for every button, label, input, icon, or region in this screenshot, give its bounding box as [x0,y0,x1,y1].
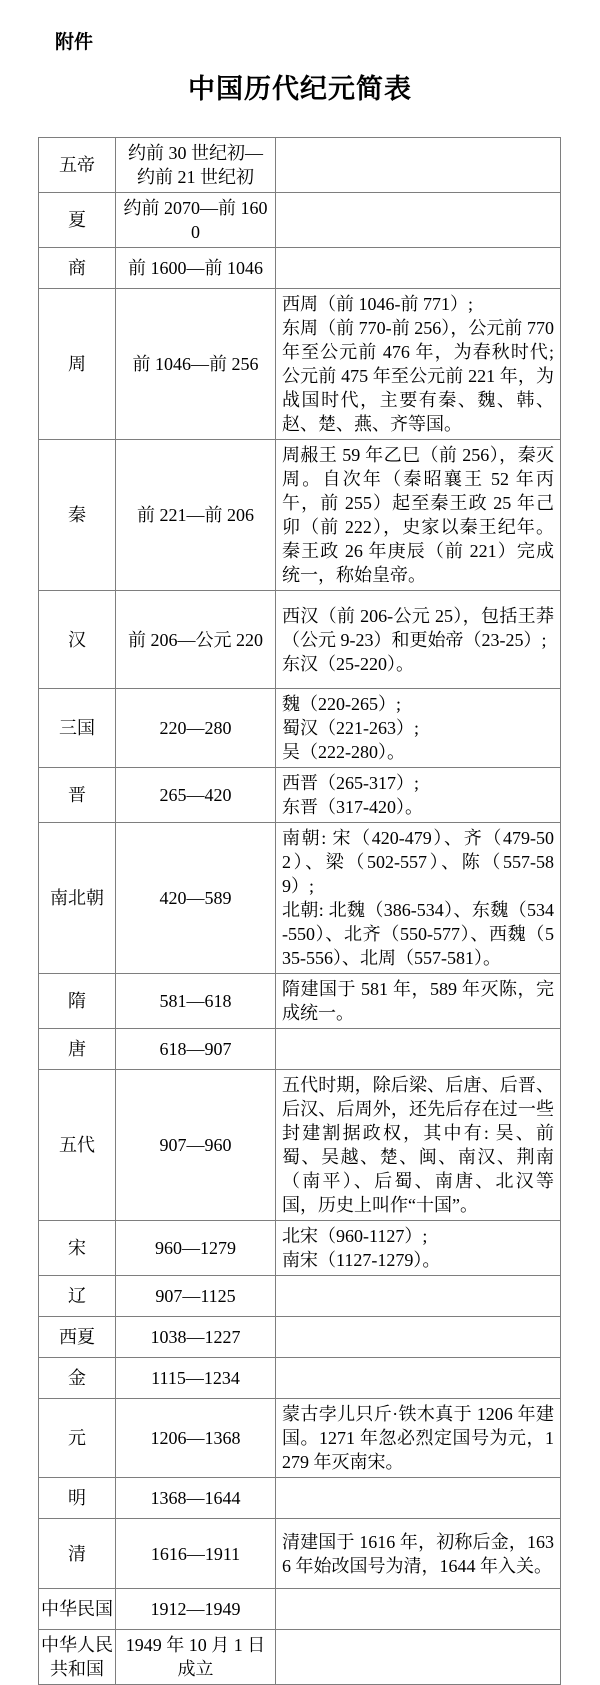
dynasty-cell: 商 [39,248,116,289]
notes-cell [276,248,561,289]
note-line: 南宋（1127-1279）。 [282,1248,554,1272]
period-cell: 1616—1911 [116,1519,276,1589]
table-row: 中华人民共和国 1949 年 10 月 1 日成立 [39,1630,561,1685]
dynasty-cell: 汉 [39,591,116,689]
table-row: 宋 960—1279 北宋（960-1127）;南宋（1127-1279）。 [39,1221,561,1276]
period-cell: 前 1046—前 256 [116,289,276,440]
notes-cell [276,1276,561,1317]
notes-cell: 清建国于 1616 年，初称后金，1636 年始改国号为清，1644 年入关。 [276,1519,561,1589]
dynasty-cell: 中华民国 [39,1589,116,1630]
table-row: 南北朝 420—589 南朝: 宋（420-479）、齐（479-502）、梁（… [39,823,561,974]
period-cell: 265—420 [116,768,276,823]
table-row: 晋 265—420 西晋（265-317）;东晋（317-420）。 [39,768,561,823]
notes-cell: 魏（220-265）;蜀汉（221-263）;吴（222-280）。 [276,689,561,768]
period-cell: 1115—1234 [116,1358,276,1399]
note-line: 东周（前 770-前 256），公元前 770 年至公元前 476 年，为春秋时… [282,316,554,436]
period-cell: 618—907 [116,1029,276,1070]
notes-cell: 西汉（前 206-公元 25），包括王莽（公元 9-23）和更始帝（23-25）… [276,591,561,689]
dynasty-cell: 五帝 [39,138,116,193]
table-row: 五代 907—960 五代时期，除后梁、后唐、后晋、后汉、后周外，还先后存在过一… [39,1070,561,1221]
table-row: 五帝 约前 30 世纪初—约前 21 世纪初 [39,138,561,193]
dynasty-cell: 晋 [39,768,116,823]
note-line: 西周（前 1046-前 771）; [282,292,554,316]
chronology-table: 五帝 约前 30 世纪初—约前 21 世纪初 夏 约前 2070—前 1600 … [38,137,561,1685]
dynasty-cell: 五代 [39,1070,116,1221]
note-line: 清建国于 1616 年，初称后金，1636 年始改国号为清，1644 年入关。 [282,1530,554,1578]
note-line: 隋建国于 581 年，589 年灭陈，完成统一。 [282,977,554,1025]
period-cell: 960—1279 [116,1221,276,1276]
note-line: 蜀汉（221-263）; [282,716,554,740]
notes-cell [276,1589,561,1630]
period-cell: 907—1125 [116,1276,276,1317]
notes-cell [276,1630,561,1685]
dynasty-cell: 唐 [39,1029,116,1070]
page-title: 中国历代纪元简表 [0,74,600,104]
period-cell: 前 221—前 206 [116,440,276,591]
notes-cell: 西晋（265-317）;东晋（317-420）。 [276,768,561,823]
dynasty-cell: 秦 [39,440,116,591]
note-line: 西汉（前 206-公元 25），包括王莽（公元 9-23）和更始帝（23-25）… [282,604,554,652]
note-line: 魏（220-265）; [282,692,554,716]
notes-cell: 五代时期，除后梁、后唐、后晋、后汉、后周外，还先后存在过一些封建割据政权，其中有… [276,1070,561,1221]
table-row: 汉 前 206—公元 220 西汉（前 206-公元 25），包括王莽（公元 9… [39,591,561,689]
note-line: 南朝: 宋（420-479）、齐（479-502）、梁（502-557）、陈（5… [282,826,554,898]
notes-cell: 隋建国于 581 年，589 年灭陈，完成统一。 [276,974,561,1029]
table-row: 元 1206—1368 蒙古孛儿只斤·铁木真于 1206 年建国。1271 年忽… [39,1399,561,1478]
table-row: 三国 220—280 魏（220-265）;蜀汉（221-263）;吴（222-… [39,689,561,768]
notes-cell: 蒙古孛儿只斤·铁木真于 1206 年建国。1271 年忽必烈定国号为元，1279… [276,1399,561,1478]
table-row: 清 1616—1911 清建国于 1616 年，初称后金，1636 年始改国号为… [39,1519,561,1589]
dynasty-cell: 宋 [39,1221,116,1276]
dynasty-cell: 元 [39,1399,116,1478]
period-cell: 220—280 [116,689,276,768]
table-row: 西夏 1038—1227 [39,1317,561,1358]
note-line: 周赧王 59 年乙巳（前 256），秦灭周。自次年（秦昭襄王 52 年丙午，前 … [282,443,554,587]
dynasty-cell: 辽 [39,1276,116,1317]
note-line: 吴（222-280）。 [282,740,554,764]
notes-cell [276,193,561,248]
dynasty-cell: 三国 [39,689,116,768]
period-cell: 1038—1227 [116,1317,276,1358]
period-cell: 907—960 [116,1070,276,1221]
notes-cell: 周赧王 59 年乙巳（前 256），秦灭周。自次年（秦昭襄王 52 年丙午，前 … [276,440,561,591]
note-line: 北朝: 北魏（386-534）、东魏（534-550）、北齐（550-577）、… [282,898,554,970]
period-cell: 前 206—公元 220 [116,591,276,689]
period-cell: 前 1600—前 1046 [116,248,276,289]
period-cell: 581—618 [116,974,276,1029]
dynasty-cell: 周 [39,289,116,440]
period-cell: 1949 年 10 月 1 日成立 [116,1630,276,1685]
dynasty-cell: 南北朝 [39,823,116,974]
notes-cell [276,1358,561,1399]
note-line: 西晋（265-317）; [282,771,554,795]
notes-cell [276,138,561,193]
notes-cell [276,1478,561,1519]
notes-cell [276,1029,561,1070]
notes-cell: 北宋（960-1127）;南宋（1127-1279）。 [276,1221,561,1276]
notes-cell: 西周（前 1046-前 771）;东周（前 770-前 256），公元前 770… [276,289,561,440]
table-row: 隋 581—618 隋建国于 581 年，589 年灭陈，完成统一。 [39,974,561,1029]
table-row: 商 前 1600—前 1046 [39,248,561,289]
notes-cell: 南朝: 宋（420-479）、齐（479-502）、梁（502-557）、陈（5… [276,823,561,974]
dynasty-cell: 金 [39,1358,116,1399]
note-line: 东晋（317-420）。 [282,795,554,819]
note-line: 蒙古孛儿只斤·铁木真于 1206 年建国。1271 年忽必烈定国号为元，1279… [282,1402,554,1474]
period-cell: 1912—1949 [116,1589,276,1630]
dynasty-cell: 西夏 [39,1317,116,1358]
note-line: 北宋（960-1127）; [282,1224,554,1248]
note-line: 五代时期，除后梁、后唐、后晋、后汉、后周外，还先后存在过一些封建割据政权，其中有… [282,1073,554,1217]
table-row: 夏 约前 2070—前 1600 [39,193,561,248]
period-cell: 420—589 [116,823,276,974]
attachment-label: 附件 [0,0,600,53]
note-line: 东汉（25-220）。 [282,652,554,676]
period-cell: 1206—1368 [116,1399,276,1478]
chronology-table-body: 五帝 约前 30 世纪初—约前 21 世纪初 夏 约前 2070—前 1600 … [39,138,561,1685]
period-cell: 约前 30 世纪初—约前 21 世纪初 [116,138,276,193]
dynasty-cell: 中华人民共和国 [39,1630,116,1685]
notes-cell [276,1317,561,1358]
table-row: 明 1368—1644 [39,1478,561,1519]
document-page: 附件 中国历代纪元简表 五帝 约前 30 世纪初—约前 21 世纪初 夏 约前 … [0,0,600,1685]
dynasty-cell: 明 [39,1478,116,1519]
table-row: 金 1115—1234 [39,1358,561,1399]
table-row: 辽 907—1125 [39,1276,561,1317]
period-cell: 1368—1644 [116,1478,276,1519]
dynasty-cell: 清 [39,1519,116,1589]
dynasty-cell: 隋 [39,974,116,1029]
dynasty-cell: 夏 [39,193,116,248]
table-row: 周 前 1046—前 256 西周（前 1046-前 771）;东周（前 770… [39,289,561,440]
table-row: 唐 618—907 [39,1029,561,1070]
table-row: 秦 前 221—前 206 周赧王 59 年乙巳（前 256），秦灭周。自次年（… [39,440,561,591]
period-cell: 约前 2070—前 1600 [116,193,276,248]
